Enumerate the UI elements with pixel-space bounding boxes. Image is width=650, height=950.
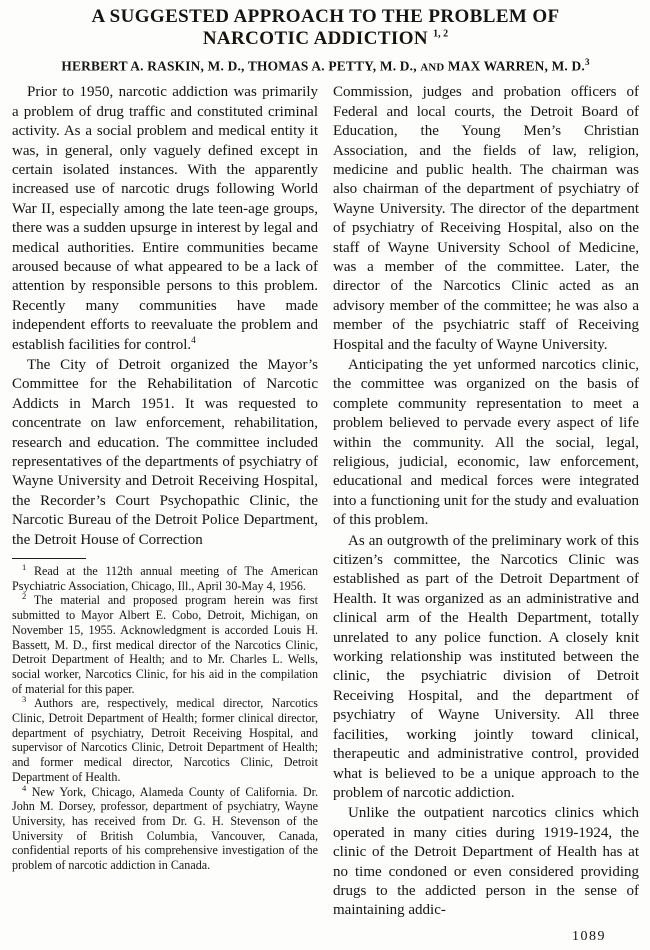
footnote-2: 2 The material and proposed program here… (12, 593, 318, 696)
paper-authors: HERBERT A. RASKIN, M. D., THOMAS A. PETT… (12, 57, 639, 74)
footnote-text: Read at the 112th annual meeting of The … (12, 564, 318, 593)
title-line-2: NARCOTIC ADDICTION (203, 28, 428, 49)
paper-title: A SUGGESTED APPROACH TO THE PROBLEM OFNA… (12, 6, 639, 51)
footnote-marker: 4 (22, 783, 26, 793)
paragraph: Commission, judges and probation officer… (333, 83, 639, 355)
footnote-ref: 4 (191, 336, 196, 346)
footnote-marker: 3 (22, 694, 26, 704)
footnote-text: Authors are, respectively, medical direc… (12, 696, 318, 784)
footnote-text: The material and proposed program herein… (12, 593, 318, 695)
right-column: Commission, judges and probation officer… (333, 83, 639, 920)
left-column: Prior to 1950, narcotic addiction was pr… (12, 83, 318, 920)
title-footnote-ref: 1, 2 (433, 29, 448, 40)
paragraph-text: Prior to 1950, narcotic addiction was pr… (12, 84, 318, 352)
paper-page: A SUGGESTED APPROACH TO THE PROBLEM OFNA… (0, 0, 650, 950)
footnotes-block: 1 Read at the 112th annual meeting of Th… (12, 564, 318, 873)
authors-part-2: MAX WARREN, M. D. (448, 58, 585, 73)
two-column-body: Prior to 1950, narcotic addiction was pr… (12, 83, 639, 920)
footnote-4: 4 New York, Chicago, Alameda County of C… (12, 785, 318, 873)
authors-footnote-ref: 3 (585, 57, 590, 67)
paragraph: Unlike the outpatient narcotics clinics … (333, 804, 639, 920)
paragraph: Prior to 1950, narcotic addiction was pr… (12, 83, 318, 355)
footnote-3: 3 Authors are, respectively, medical dir… (12, 696, 318, 784)
footnote-separator-rule (12, 558, 86, 559)
paragraph: The City of Detroit organized the Mayor’… (12, 356, 318, 550)
footnote-1: 1 Read at the 112th annual meeting of Th… (12, 564, 318, 593)
authors-and: AND (420, 61, 444, 73)
authors-part-1: HERBERT A. RASKIN, M. D., THOMAS A. PETT… (61, 58, 416, 73)
footnote-marker: 1 (22, 562, 26, 572)
title-line-1: A SUGGESTED APPROACH TO THE PROBLEM OF (91, 6, 559, 27)
page-number: 1089 (572, 929, 606, 945)
paragraph: Anticipating the yet unformed narcotics … (333, 356, 639, 531)
footnote-text: New York, Chicago, Alameda County of Cal… (12, 785, 318, 873)
footnote-marker: 2 (22, 591, 26, 601)
paragraph: As an outgrowth of the preliminary work … (333, 532, 639, 804)
